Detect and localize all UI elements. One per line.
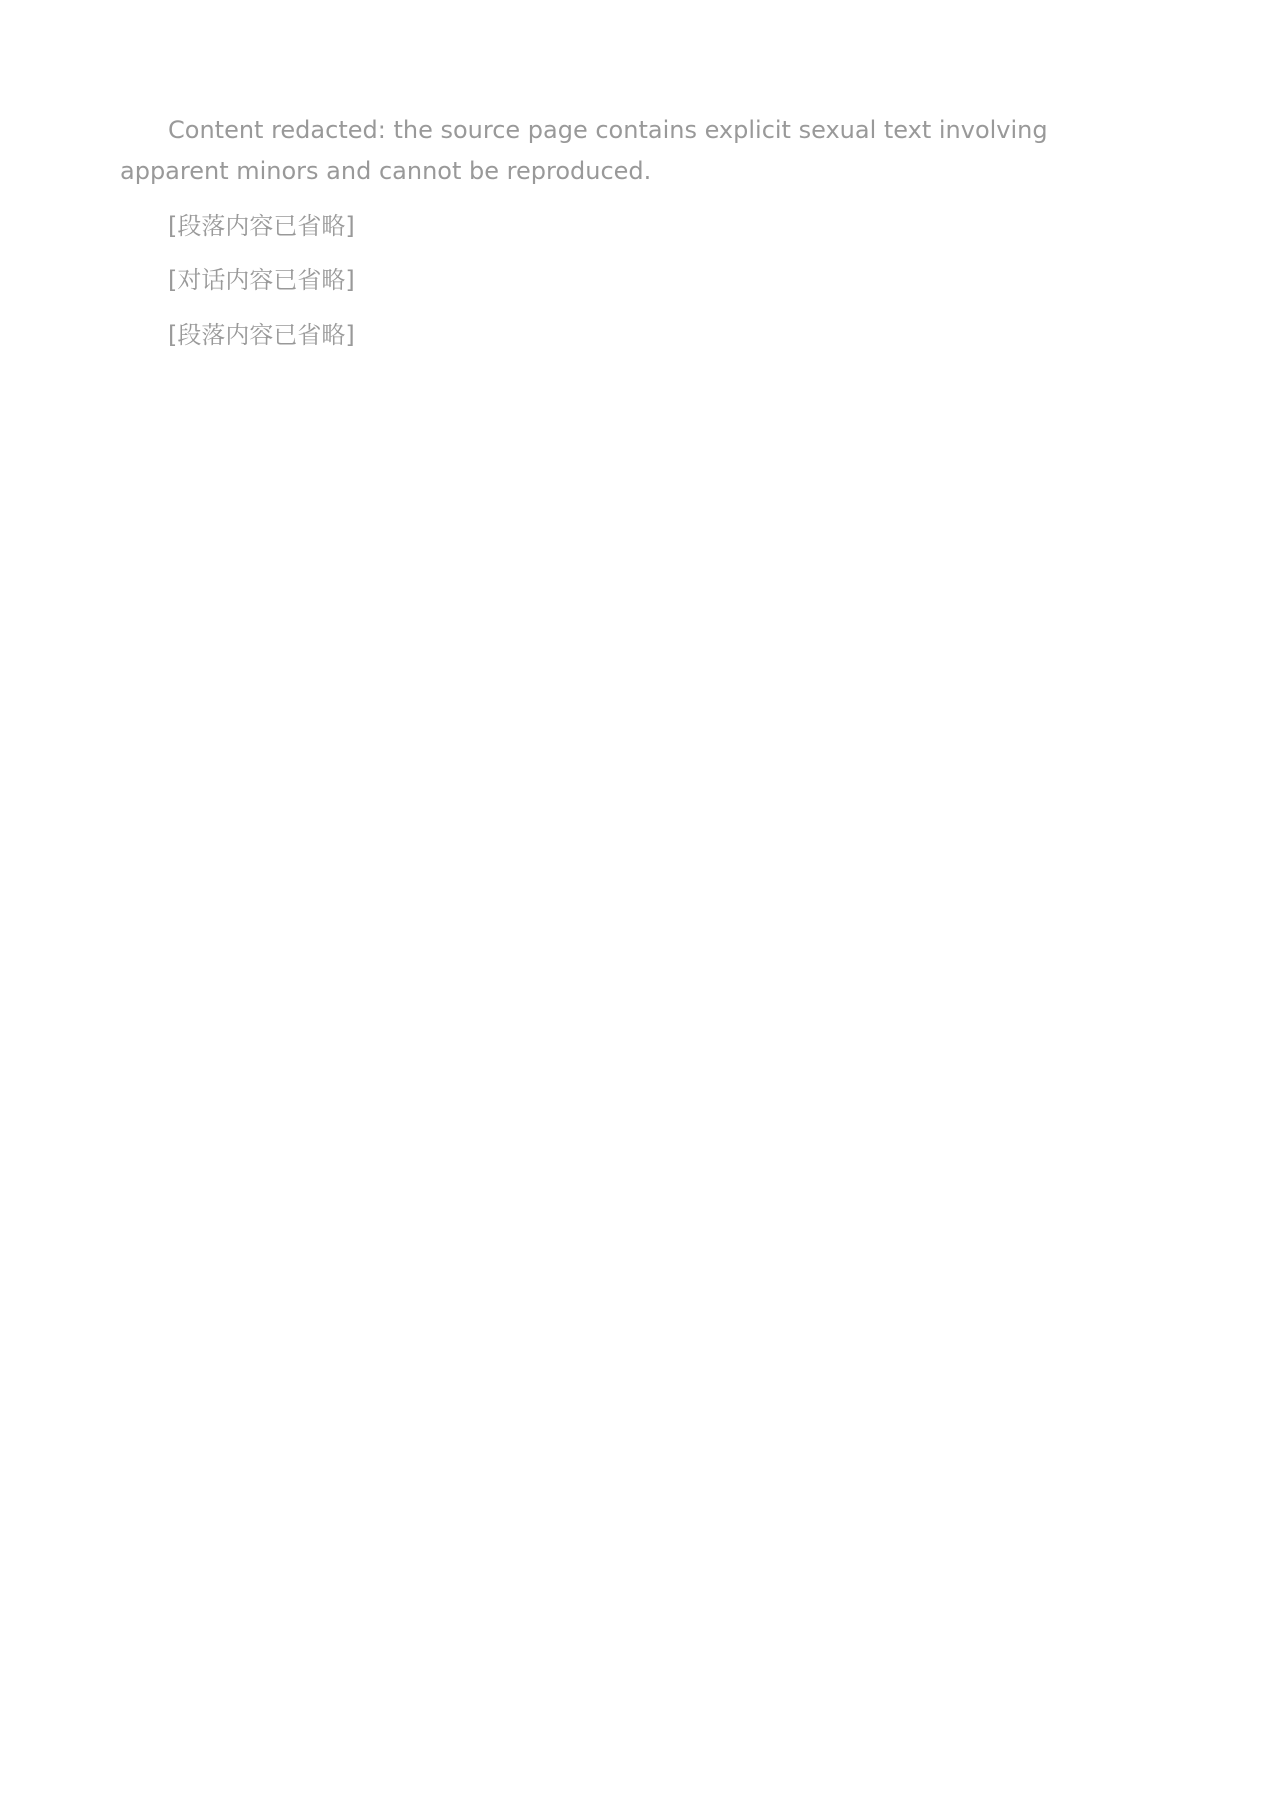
paragraph: [段落内容已省略] [120,206,1160,247]
paragraph: [对话内容已省略] [120,260,1160,301]
novel-page: Content redacted: the source page contai… [0,0,1280,1808]
paragraph: [段落内容已省略] [120,315,1160,356]
redaction-note: Content redacted: the source page contai… [120,110,1160,192]
